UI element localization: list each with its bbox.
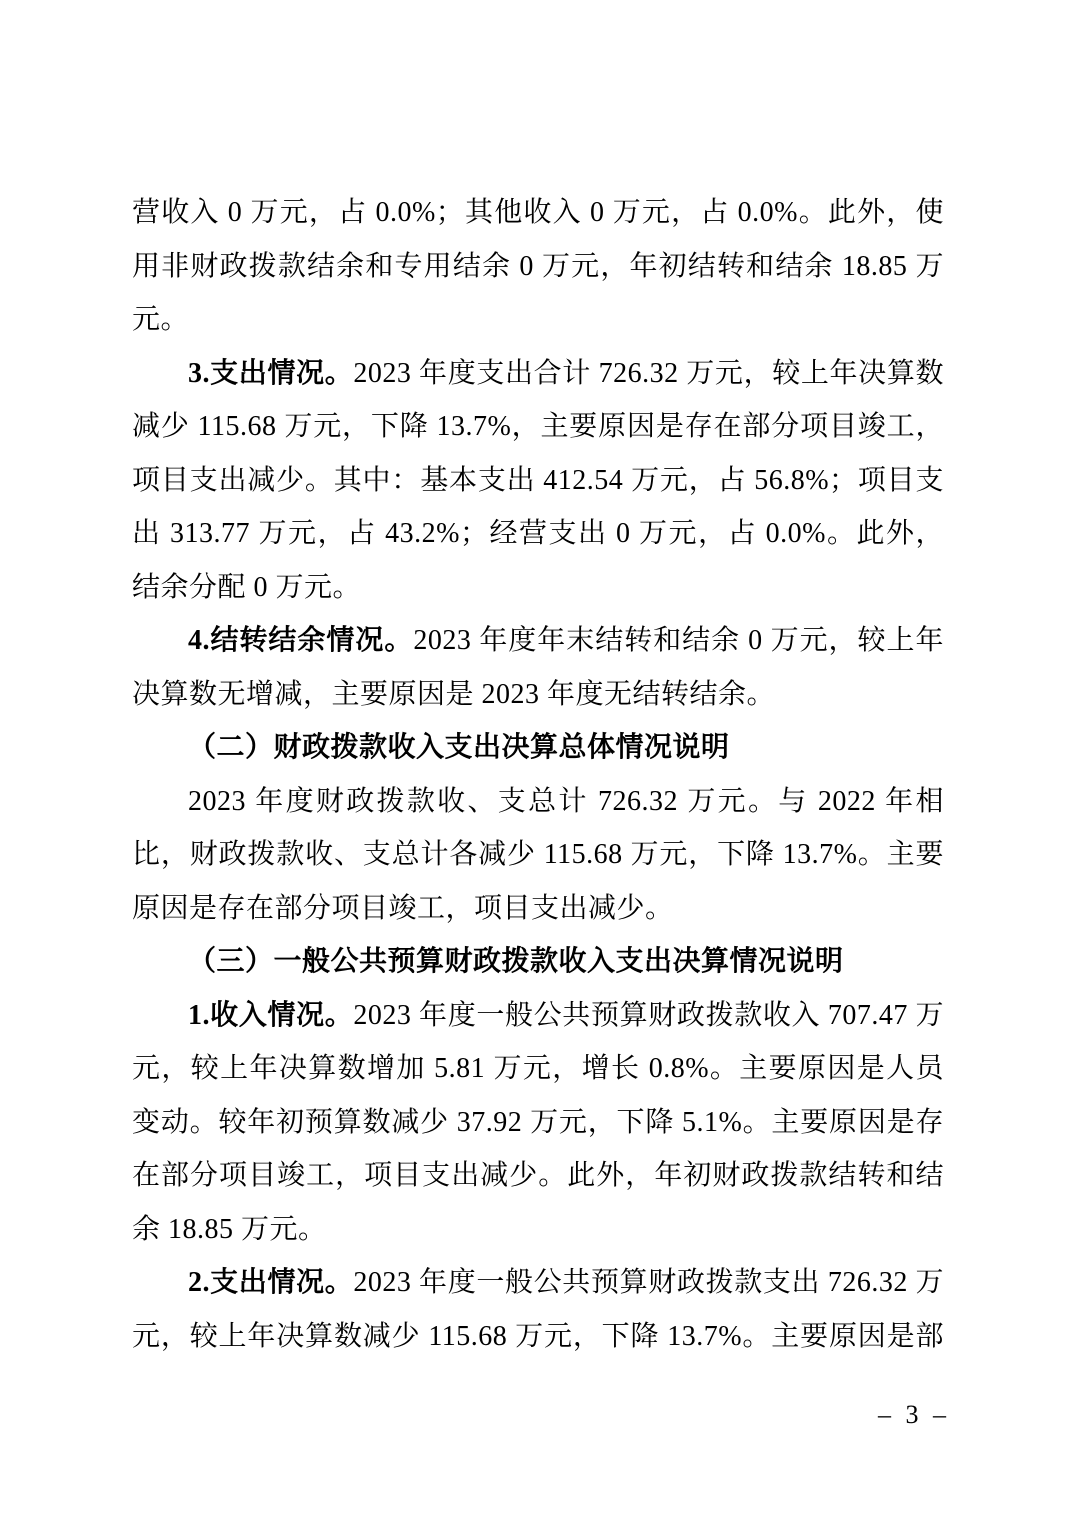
page-number: – 3 – — [878, 1400, 950, 1430]
paragraph-lead: 4.结转结余情况。 — [188, 625, 413, 656]
paragraph-expenditure-overview: 3.支出情况。2023 年度支出合计 726.32 万元，较上年决算数减少 11… — [132, 347, 944, 615]
body-text: 营收入 0 万元，占 0.0%；其他收入 0 万元，占 0.0%。此外，使用非财… — [132, 186, 944, 1363]
paragraph-general-budget-income: 1.收入情况。2023 年度一般公共预算财政拨款收入 707.47 万元，较上年… — [132, 989, 944, 1257]
paragraph-carryover-overview: 4.结转结余情况。2023 年度年末结转和结余 0 万元，较上年决算数无增减，主… — [132, 614, 944, 721]
document-page: 营收入 0 万元，占 0.0%；其他收入 0 万元，占 0.0%。此外，使用非财… — [0, 0, 1075, 1520]
heading-section-2: （二）财政拨款收入支出决算总体情况说明 — [132, 721, 944, 775]
paragraph-fiscal-appropriation-total: 2023 年度财政拨款收、支总计 726.32 万元。与 2022 年相比，财政… — [132, 775, 944, 936]
paragraph-lead: 1.收入情况。 — [188, 1000, 353, 1031]
heading-text: （三）一般公共预算财政拨款收入支出决算情况说明 — [188, 946, 844, 977]
paragraph-body: 营收入 0 万元，占 0.0%；其他收入 0 万元，占 0.0%。此外，使用非财… — [132, 197, 944, 335]
paragraph-body: 2023 年度一般公共预算财政拨款收入 707.47 万元，较上年决算数增加 5… — [132, 1000, 944, 1245]
paragraph-general-budget-expenditure: 2.支出情况。2023 年度一般公共预算财政拨款支出 726.32 万元，较上年… — [132, 1256, 944, 1363]
paragraph-lead: 3.支出情况。 — [188, 358, 353, 389]
paragraph-continuation-income: 营收入 0 万元，占 0.0%；其他收入 0 万元，占 0.0%。此外，使用非财… — [132, 186, 944, 347]
heading-text: （二）财政拨款收入支出决算总体情况说明 — [188, 732, 730, 763]
heading-section-3: （三）一般公共预算财政拨款收入支出决算情况说明 — [132, 935, 944, 989]
paragraph-lead: 2.支出情况。 — [188, 1267, 353, 1298]
paragraph-body: 2023 年度支出合计 726.32 万元，较上年决算数减少 115.68 万元… — [132, 358, 944, 603]
paragraph-body: 2023 年度财政拨款收、支总计 726.32 万元。与 2022 年相比，财政… — [132, 786, 944, 924]
